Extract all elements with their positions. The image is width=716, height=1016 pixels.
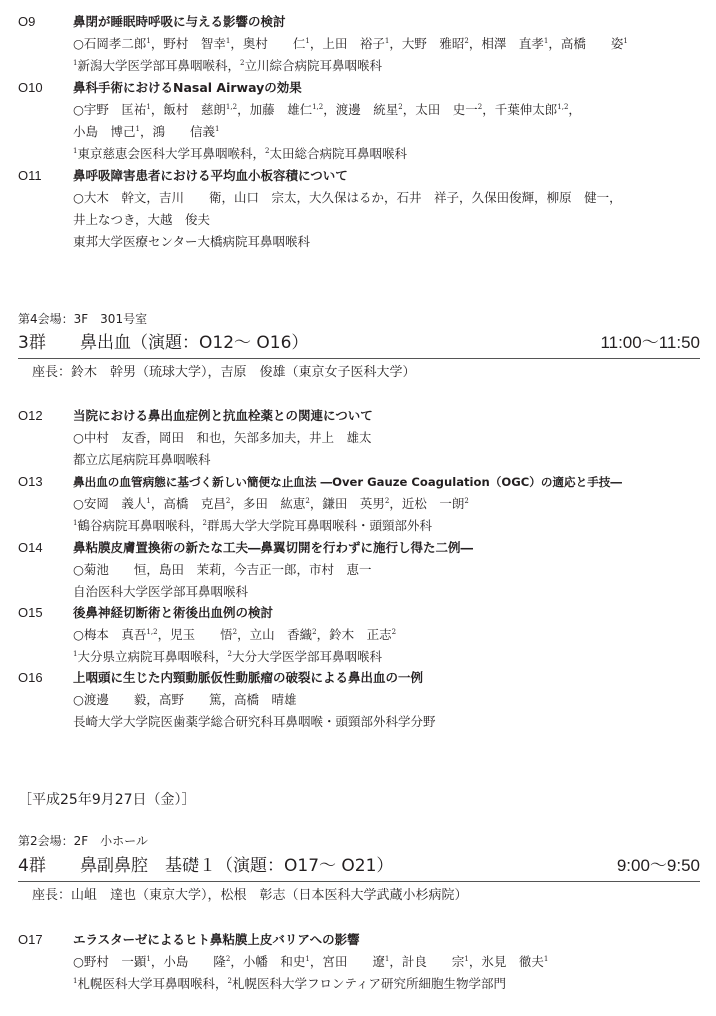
- affiliation-marker: 2: [392, 628, 396, 636]
- author-name: 飯村 慈朗: [163, 102, 226, 117]
- presentation-id: O16: [18, 667, 43, 689]
- affiliation-name: 大分大学医学部耳鼻咽喉科: [232, 649, 382, 664]
- author-name: 相澤 直孝: [481, 36, 544, 51]
- session-chairs: 座長：鈴木 幹男（琉球大学），吉原 俊雄（東京女子医科大学）: [32, 362, 416, 384]
- date-heading: ［平成25年9月27日（金）］: [18, 789, 196, 811]
- author-name: 鴻 信義: [153, 124, 216, 139]
- author-name: 大久保はるか: [309, 190, 384, 205]
- affiliation-marker: 1: [136, 125, 140, 133]
- presentation-title: 鼻閉が睡眠時呼吸に与える影響の検討: [73, 11, 286, 33]
- author-name: 多田 紘恵: [243, 496, 306, 511]
- author-name: 高橋 克昌: [163, 496, 226, 511]
- author-line: ○石岡孝二郎1，野村 智幸1，奥村 仁1，上田 裕子1，大野 雅昭2，相澤 直孝…: [73, 33, 628, 55]
- author-line: 小島 博己1，鴻 信義1: [73, 121, 219, 143]
- author-name: ○宇野 匡祐: [73, 102, 146, 117]
- program-page: O9 鼻閉が睡眠時呼吸に与える影響の検討 ○石岡孝二郎1，野村 智幸1，奥村 仁…: [0, 0, 716, 1016]
- presentation-id: O10: [18, 77, 43, 99]
- affiliation-marker: 1: [146, 497, 150, 505]
- presentation-id: O11: [18, 165, 42, 187]
- affiliation-marker: 1: [385, 955, 389, 963]
- affiliation-marker: 2: [398, 103, 402, 111]
- affiliation-name: 札幌医科大学フロンティア研究所細胞生物学部門: [232, 976, 506, 991]
- author-name: 井上なつき: [73, 212, 135, 227]
- affiliation-marker: 1: [623, 37, 627, 45]
- presentation-title: 鼻科手術におけるNasal Airwayの効果: [73, 77, 302, 99]
- session-header: 3群 鼻出血（演題：O12～ O16） 11:00～11:50: [18, 330, 700, 356]
- session-venue: 第4会場：3F 301号室: [18, 310, 147, 328]
- author-name: 上田 裕子: [322, 36, 385, 51]
- author-name: 立山 香織: [250, 627, 313, 642]
- presentation-title: 鼻出血の血管病態に基づく新しい簡便な止血法 ―Over Gauze Coagul…: [73, 471, 622, 493]
- affiliation-name: 札幌医科大学耳鼻咽喉科: [77, 976, 215, 991]
- presentation-id: O14: [18, 537, 43, 559]
- affiliation-name: 長崎大学大学院医歯薬学総合研究科耳鼻咽喉・頭頸部外科学分野: [73, 714, 436, 729]
- affiliation-marker: 1,2: [146, 628, 157, 636]
- author-name: 矢部多加夫: [234, 430, 297, 445]
- author-name: 高野 篤: [159, 692, 222, 707]
- presentation-id: O12: [18, 405, 43, 427]
- presentation-title: 鼻呼吸障害患者における平均血小板容積について: [73, 165, 348, 187]
- author-name: 太田 史一: [415, 102, 478, 117]
- affiliation-marker: 1: [385, 37, 389, 45]
- author-name: 計良 宗: [402, 954, 465, 969]
- affiliation-marker: 1: [146, 103, 150, 111]
- author-line: ○安岡 義人1，高橋 克昌2，多田 紘恵2，鎌田 英男2，近松 一朗2: [73, 493, 469, 515]
- affiliation-marker: 2: [233, 628, 237, 636]
- author-name: 大野 雅昭: [402, 36, 465, 51]
- author-name: ○安岡 義人: [73, 496, 146, 511]
- affiliation-line: 1鶴谷病院耳鼻咽喉科，2群馬大学大学院耳鼻咽喉科・頭頸部外科: [73, 515, 432, 537]
- author-name: 今吉正一郎: [234, 562, 297, 577]
- author-name: ○菊池 恒: [73, 562, 146, 577]
- author-name: 島田 茉莉: [159, 562, 222, 577]
- affiliation-line: 長崎大学大学院医歯薬学総合研究科耳鼻咽喉・頭頸部外科学分野: [73, 711, 436, 733]
- affiliation-name: 東邦大学医療センター大橋病院耳鼻咽喉科: [73, 234, 310, 249]
- affiliation-marker: 1: [544, 37, 548, 45]
- affiliation-marker: 2: [312, 628, 316, 636]
- affiliation-marker: 2: [464, 37, 468, 45]
- affiliation-name: 立川綜合病院耳鼻咽喉科: [244, 58, 382, 73]
- affiliation-line: 1新潟大学医学部耳鼻咽喉科，2立川綜合病院耳鼻咽喉科: [73, 55, 382, 77]
- author-name: 小島 隆: [163, 954, 226, 969]
- presentation-title: 上咽頭に生じた内頸動脈仮性動脈瘤の破裂による鼻出血の一例: [73, 667, 423, 689]
- session-time: 9:00～9:50: [617, 853, 700, 879]
- author-name: 柳原 健一: [547, 190, 610, 205]
- header-divider: [18, 881, 700, 882]
- affiliation-marker: 1,2: [226, 103, 237, 111]
- affiliation-marker: 1: [146, 37, 150, 45]
- author-name: 近松 一朗: [402, 496, 465, 511]
- author-name: 石井 祥子: [397, 190, 460, 205]
- affiliation-name: 太田総合病院耳鼻咽喉科: [269, 146, 407, 161]
- affiliation-marker: 1: [464, 955, 468, 963]
- affiliation-name: 東京慈恵会医科大学耳鼻咽喉科: [77, 146, 252, 161]
- author-name: 大越 俊夫: [148, 212, 211, 227]
- author-name: 渡邊 統星: [336, 102, 399, 117]
- affiliation-marker: 2: [305, 497, 309, 505]
- affiliation-marker: 2: [226, 955, 230, 963]
- author-line: ○宇野 匡祐1，飯村 慈朗1,2，加藤 雄仁1,2，渡邊 統星2，太田 史一2，…: [73, 99, 581, 121]
- group-number: 3群: [18, 330, 46, 356]
- author-name: 加藤 雄仁: [250, 102, 313, 117]
- affiliation-marker: 2: [478, 103, 482, 111]
- session-chairs: 座長：山岨 達也（東京大学），松根 彰志（日本医科大学武蔵小杉病院）: [32, 885, 468, 907]
- affiliation-marker: 2: [226, 497, 230, 505]
- group-title: 鼻副鼻腔 基礎１（演題：O17～ O21）: [80, 853, 393, 879]
- presentation-title: 後鼻神経切断術と術後出血例の検討: [73, 602, 273, 624]
- author-name: 鈴木 正志: [329, 627, 392, 642]
- author-name: 奥村 仁: [243, 36, 306, 51]
- affiliation-marker: 2: [464, 497, 468, 505]
- presentation-id: O15: [18, 602, 43, 624]
- author-name: ○渡邊 毅: [73, 692, 146, 707]
- author-name: 鎌田 英男: [322, 496, 385, 511]
- author-name: 児玉 悟: [170, 627, 233, 642]
- author-name: 市村 恵一: [309, 562, 372, 577]
- affiliation-line: 自治医科大学医学部耳鼻咽喉科: [73, 581, 248, 603]
- author-name: 山口 宗太: [234, 190, 297, 205]
- author-name: 宮田 遼: [322, 954, 385, 969]
- group-title: 鼻出血（演題：O12～ O16）: [80, 330, 308, 356]
- author-line: ○大木 幹文，吉川 衛，山口 宗太，大久保はるか，石井 祥子，久保田俊輝，柳原 …: [73, 187, 622, 209]
- session-time: 11:00～11:50: [600, 330, 700, 356]
- author-name: ○中村 友香: [73, 430, 146, 445]
- affiliation-line: 都立広尾病院耳鼻咽喉科: [73, 449, 211, 471]
- affiliation-name: 自治医科大学医学部耳鼻咽喉科: [73, 584, 248, 599]
- author-name: ○大木 幹文: [73, 190, 146, 205]
- presentation-id: O9: [18, 11, 35, 33]
- author-name: 氷見 徹夫: [481, 954, 544, 969]
- author-name: 小幡 和史: [243, 954, 306, 969]
- affiliation-line: 1札幌医科大学耳鼻咽喉科，2札幌医科大学フロンティア研究所細胞生物学部門: [73, 973, 506, 995]
- author-name: ○野村 一顕: [73, 954, 146, 969]
- session-venue: 第2会場：2F 小ホール: [18, 832, 148, 850]
- affiliation-marker: 1: [305, 37, 309, 45]
- affiliation-name: 大分県立病院耳鼻咽喉科: [77, 649, 215, 664]
- affiliation-marker: 2: [385, 497, 389, 505]
- author-name: ○梅本 真吾: [73, 627, 146, 642]
- presentation-id: O13: [18, 471, 43, 493]
- presentation-title: 鼻粘膜皮膚置換術の新たな工夫―鼻翼切開を行わずに施行し得た二例―: [73, 537, 473, 559]
- group-number: 4群: [18, 853, 46, 879]
- presentation-title: エラスターゼによるヒト鼻粘膜上皮バリアへの影響: [73, 929, 360, 951]
- affiliation-marker: 1: [544, 955, 548, 963]
- author-name: 岡田 和也: [159, 430, 222, 445]
- author-name: 高橋 姿: [561, 36, 624, 51]
- author-name: ○石岡孝二郎: [73, 36, 146, 51]
- affiliation-marker: 1: [305, 955, 309, 963]
- affiliation-marker: 1: [146, 955, 150, 963]
- affiliation-marker: 1: [226, 37, 230, 45]
- affiliation-line: 東邦大学医療センター大橋病院耳鼻咽喉科: [73, 231, 310, 253]
- session-header: 4群 鼻副鼻腔 基礎１（演題：O17～ O21） 9:00～9:50: [18, 853, 700, 879]
- author-name: 野村 智幸: [163, 36, 226, 51]
- author-name: 高橋 晴雄: [234, 692, 297, 707]
- affiliation-line: 1東京慈恵会医科大学耳鼻咽喉科，2太田総合病院耳鼻咽喉科: [73, 143, 407, 165]
- author-name: 小島 博己: [73, 124, 136, 139]
- author-line: ○梅本 真吾1,2，児玉 悟2，立山 香織2，鈴木 正志2: [73, 624, 396, 646]
- presentation-id: O17: [18, 929, 43, 951]
- author-line: ○野村 一顕1，小島 隆2，小幡 和史1，宮田 遼1，計良 宗1，氷見 徹夫1: [73, 951, 548, 973]
- affiliation-line: 1大分県立病院耳鼻咽喉科，2大分大学医学部耳鼻咽喉科: [73, 646, 382, 668]
- author-line: ○菊池 恒，島田 茉莉，今吉正一郎，市村 恵一: [73, 559, 372, 581]
- author-name: 久保田俊輝: [472, 190, 535, 205]
- affiliation-name: 群馬大学大学院耳鼻咽喉科・頭頸部外科: [207, 518, 432, 533]
- affiliation-name: 新潟大学医学部耳鼻咽喉科: [77, 58, 227, 73]
- author-name: 井上 雄太: [309, 430, 372, 445]
- header-divider: [18, 358, 700, 359]
- author-line: ○渡邊 毅，高野 篤，高橋 晴雄: [73, 689, 296, 711]
- affiliation-marker: 1,2: [312, 103, 323, 111]
- author-name: 吉川 衛: [159, 190, 222, 205]
- author-name: 千葉伸太郎: [495, 102, 558, 117]
- presentation-title: 当院における鼻出血症例と抗血栓薬との関連について: [73, 405, 373, 427]
- author-line: ○中村 友香，岡田 和也，矢部多加夫，井上 雄太: [73, 427, 372, 449]
- affiliation-marker: 1: [215, 125, 219, 133]
- affiliation-name: 鶴谷病院耳鼻咽喉科: [77, 518, 190, 533]
- affiliation-name: 都立広尾病院耳鼻咽喉科: [73, 452, 211, 467]
- affiliation-marker: 1,2: [557, 103, 568, 111]
- author-line: 井上なつき，大越 俊夫: [73, 209, 210, 231]
